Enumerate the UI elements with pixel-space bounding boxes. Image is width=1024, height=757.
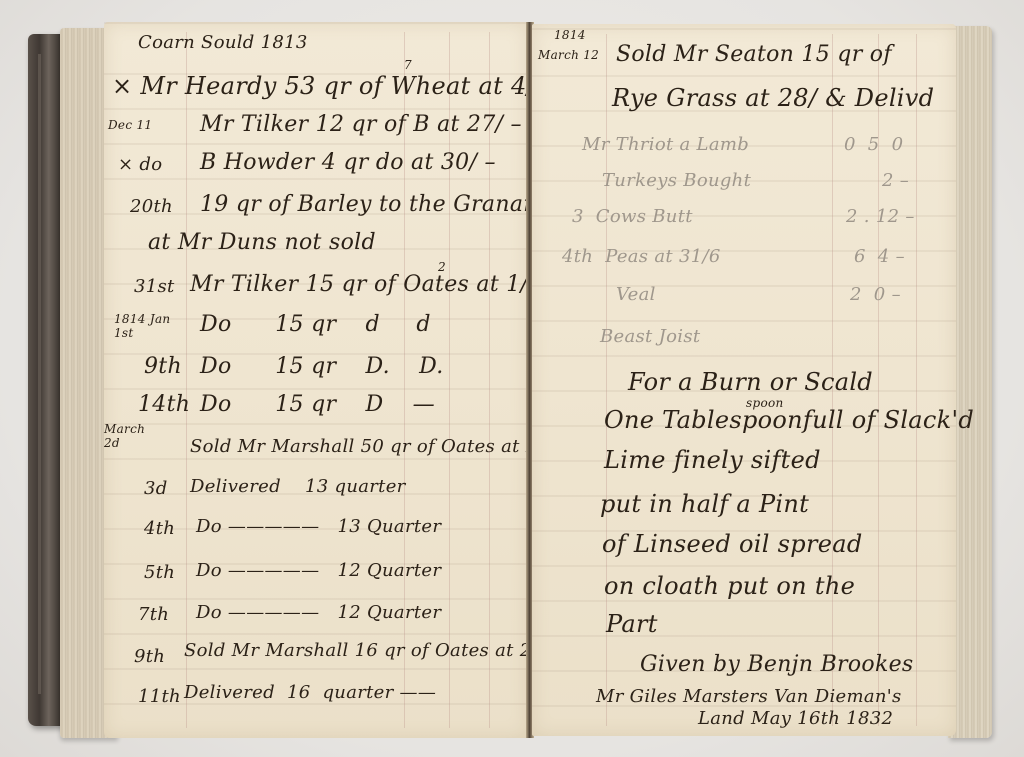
pencil-entry: 4th Peas at 31/6 bbox=[562, 246, 721, 267]
entry-year: 1814 bbox=[554, 28, 586, 42]
entry-date: × do bbox=[118, 154, 162, 175]
entry-date: March 2d bbox=[104, 422, 154, 450]
recipe-line: put in half a Pint bbox=[600, 490, 809, 518]
left-page: Coarn Sould 1813 7 × Mr Heardy 53 qr of … bbox=[104, 22, 528, 738]
entry-text: Do ————— 12 Quarter bbox=[196, 560, 441, 581]
entry-text: Do 15 qr D. D. bbox=[200, 354, 444, 379]
entry-date: 14th bbox=[138, 392, 190, 417]
recipe-line: Lime finely sifted bbox=[604, 446, 821, 474]
entry-date: 5th bbox=[144, 562, 175, 583]
recipe-line: One Tablespoonfull of Slack'd bbox=[604, 406, 974, 434]
entry-text: Mr Tilker 15 qr of Oates at 1/1 bbox=[190, 272, 543, 297]
left-heading: Coarn Sould 1813 bbox=[138, 32, 308, 53]
pencil-entry: 3 Cows Butt bbox=[572, 206, 693, 227]
entry-note: 7 bbox=[404, 58, 412, 72]
entry-date: 9th bbox=[144, 354, 182, 379]
entry-text: Do ————— 12 Quarter bbox=[196, 602, 441, 623]
entry-date: 7th bbox=[138, 604, 169, 625]
recipe-line: on cloath put on the bbox=[604, 572, 855, 600]
pencil-amount: 2 – bbox=[882, 170, 909, 191]
entry-date: 9th bbox=[134, 646, 165, 667]
entry-date: March 12 bbox=[538, 48, 599, 62]
recipe-title: For a Burn or Scald bbox=[628, 368, 873, 396]
pencil-amount: 6 4 – bbox=[854, 246, 905, 267]
signature: Mr Giles Marsters Van Dieman's bbox=[596, 686, 902, 707]
entry-text: Do 15 qr D — bbox=[200, 392, 435, 417]
pencil-entry: Mr Thriot a Lamb bbox=[582, 134, 749, 155]
entry-date: 31st bbox=[134, 276, 175, 297]
entry-text: B Howder 4 qr do at 30/ – bbox=[200, 150, 496, 175]
signature-date: Land May 16th 1832 bbox=[698, 708, 893, 729]
pencil-amount: 0 5 0 bbox=[844, 134, 903, 155]
entry-text: Do ————— 13 Quarter bbox=[196, 516, 441, 537]
entry-date: 11th bbox=[138, 686, 181, 707]
entry-date: 4th bbox=[144, 518, 175, 539]
entry-line: Rye Grass at 28/ & Delivd bbox=[612, 84, 934, 112]
entry-text: 19 qr of Barley to the Granary bbox=[200, 192, 547, 217]
recipe-line: of Linseed oil spread bbox=[602, 530, 863, 558]
entry-text: Mr Tilker 12 qr of B at 27/ – bbox=[200, 112, 522, 137]
entry-text: Do 15 qr d d bbox=[200, 312, 431, 337]
recipe-line: Part bbox=[606, 610, 658, 638]
pencil-entry: Beast Joist bbox=[600, 326, 700, 347]
entry-text: × Mr Heardy 53 qr of Wheat at 4/0 bbox=[112, 72, 551, 100]
entry-line: Sold Mr Seaton 15 qr of bbox=[616, 42, 892, 67]
entry-text: Sold Mr Marshall 50 qr of Oates at 20/ bbox=[190, 436, 556, 457]
entry-text: Delivered 13 quarter bbox=[190, 476, 406, 497]
column-line bbox=[916, 34, 917, 726]
entry-text: Sold Mr Marshall 16 qr of Oates at 20 bbox=[184, 640, 543, 661]
margin-line bbox=[186, 32, 187, 728]
entry-date: 20th bbox=[130, 196, 173, 217]
entry-date: 3d bbox=[144, 478, 168, 499]
recipe-attribution: Given by Benjn Brookes bbox=[640, 652, 913, 677]
pencil-amount: 2 0 – bbox=[850, 284, 901, 305]
pencil-entry: Turkeys Bought bbox=[602, 170, 751, 191]
entry-date: 1814 Jan 1st bbox=[114, 312, 174, 340]
right-page: 1814 March 12 Sold Mr Seaton 15 qr of Ry… bbox=[532, 24, 956, 736]
entry-text: Delivered 16 quarter —— bbox=[184, 682, 436, 703]
entry-date: Dec 11 bbox=[108, 118, 152, 132]
pencil-entry: Veal bbox=[616, 284, 656, 305]
entry-text: at Mr Duns not sold bbox=[148, 230, 376, 255]
pencil-amount: 2 . 12 – bbox=[846, 206, 915, 227]
